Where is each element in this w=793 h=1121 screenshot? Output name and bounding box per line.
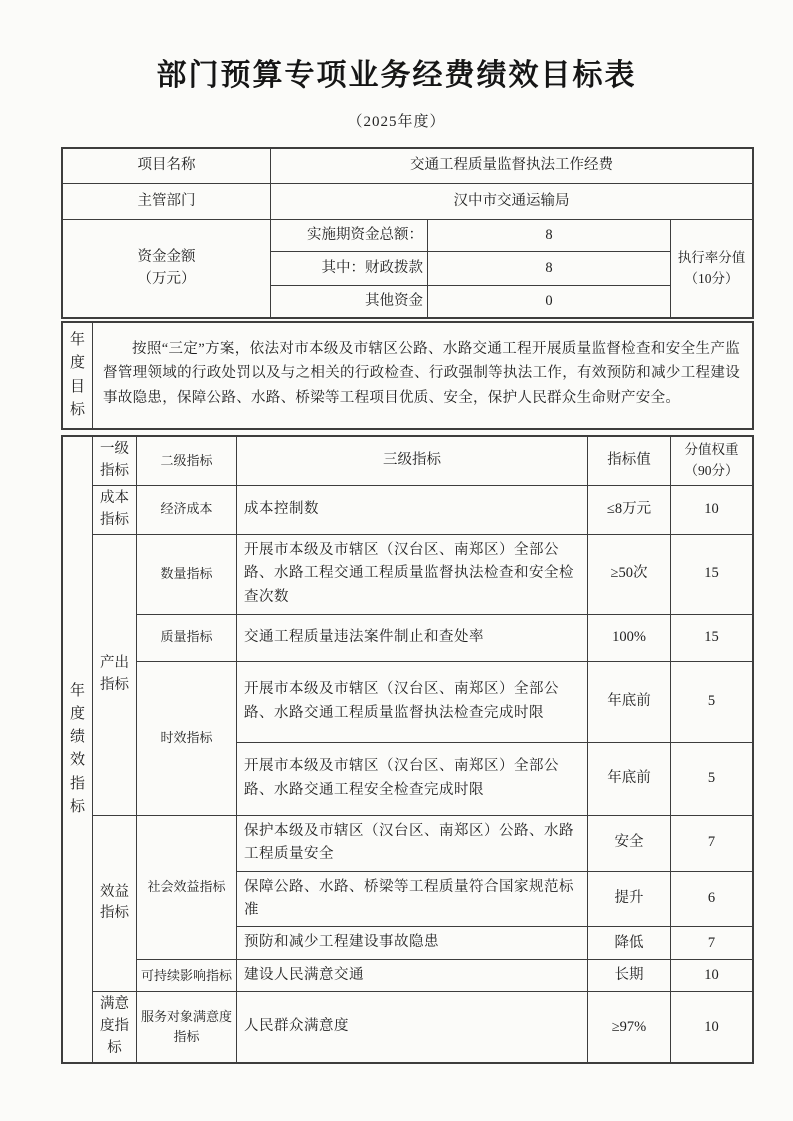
document-page: 部门预算专项业务经费绩效目标表 （2025年度） 项目名称 交通工程质量监督执法… [0,0,793,1121]
level1-output: 产出指标 [93,534,137,815]
indicators-table: 年度绩效指标 一级指标 二级指标 三级指标 指标值 分值权重（90分） 成本指标… [62,436,753,1063]
table-row: 成本指标 经济成本 成本控制数 ≤8万元 10 [63,485,753,534]
level3-indicator: 交通工程质量违法案件制止和查处率 [237,614,588,661]
indicator-value: 提升 [588,871,671,927]
level3-indicator: 成本控制数 [237,485,588,534]
level1-satisfaction: 满意度指标 [93,992,137,1062]
indicator-value: 安全 [588,815,671,871]
indicator-weight: 7 [671,927,753,959]
indicator-weight: 15 [671,534,753,614]
indicator-value: 年底前 [588,742,671,815]
level3-indicator: 保护本级及市辖区（汉台区、南郑区）公路、水路工程质量安全 [237,815,588,871]
level3-indicator: 人民群众满意度 [237,992,588,1062]
indicator-value: 100% [588,614,671,661]
indicator-value: 降低 [588,927,671,959]
level1-benefit: 效益指标 [93,815,137,992]
header-level2: 二级指标 [137,437,237,486]
indicator-value: 长期 [588,959,671,991]
document-title: 部门预算专项业务经费绩效目标表 [0,50,793,94]
indicator-weight: 10 [671,992,753,1062]
table-row: 质量指标 交通工程质量违法案件制止和查处率 100% 15 [63,614,753,661]
level3-indicator: 开展市本级及市辖区（汉台区、南郑区）全部公路、水路工程交通工程质量监督执法检查和… [237,534,588,614]
project-info-table: 项目名称 交通工程质量监督执法工作经费 主管部门 汉中市交通运输局 资金金额 （… [62,148,753,318]
level3-indicator: 开展市本级及市辖区（汉台区、南郑区）全部公路、水路交通工程质量监督执法检查完成时… [237,661,588,742]
fund-other-value: 0 [428,286,671,318]
project-name-label: 项目名称 [63,149,271,184]
level2-timeliness: 时效指标 [137,661,237,815]
level3-indicator: 保障公路、水路、桥梁等工程质量符合国家规范标准 [237,871,588,927]
level1-cost: 成本指标 [93,485,137,534]
project-name-value: 交通工程质量监督执法工作经费 [271,149,753,184]
indicators-side-label: 年度绩效指标 [63,437,93,1063]
indicator-weight: 10 [671,959,753,991]
indicator-value: ≤8万元 [588,485,671,534]
annual-goal-side-label: 年度目标 [63,323,93,429]
level2-service-satisfaction: 服务对象满意度指标 [137,992,237,1062]
execution-rate-label: 执行率分值（10分） [671,220,753,318]
table-row: 可持续影响指标 建设人民满意交通 长期 10 [63,959,753,991]
table-row: 资金金额 （万元） 实施期资金总额： 8 执行率分值（10分） [63,220,753,252]
fund-total-value: 8 [428,220,671,252]
indicator-weight: 5 [671,742,753,815]
fund-other-label: 其他资金 [271,286,428,318]
header-level1: 一级指标 [93,437,137,486]
table-row: 满意度指标 服务对象满意度指标 人民群众满意度 ≥97% 10 [63,992,753,1062]
department-label: 主管部门 [63,184,271,220]
annual-goal-text: 按照“三定”方案，依法对市本级及市辖区公路、水路交通工程开展质量监督检查和安全生… [93,323,753,429]
indicator-value: 年底前 [588,661,671,742]
indicator-weight: 7 [671,815,753,871]
fund-amount-label: 资金金额 （万元） [63,220,271,318]
table-row: 年度目标 按照“三定”方案，依法对市本级及市辖区公路、水路交通工程开展质量监督检… [63,323,753,429]
header-weight: 分值权重（90分） [671,437,753,486]
level2-sustainable: 可持续影响指标 [137,959,237,991]
annual-goal-table: 年度目标 按照“三定”方案，依法对市本级及市辖区公路、水路交通工程开展质量监督检… [62,322,753,429]
level2-social-benefit: 社会效益指标 [137,815,237,959]
table-row: 项目名称 交通工程质量监督执法工作经费 [63,149,753,184]
table-row: 主管部门 汉中市交通运输局 [63,184,753,220]
fund-fiscal-label: 其中：财政拨款 [271,252,428,286]
header-value: 指标值 [588,437,671,486]
indicator-value: ≥97% [588,992,671,1062]
indicator-weight: 15 [671,614,753,661]
indicator-weight: 6 [671,871,753,927]
department-value: 汉中市交通运输局 [271,184,753,220]
fund-fiscal-value: 8 [428,252,671,286]
level3-indicator: 预防和减少工程建设事故隐患 [237,927,588,959]
level3-indicator: 建设人民满意交通 [237,959,588,991]
table-row: 效益指标 社会效益指标 保护本级及市辖区（汉台区、南郑区）公路、水路工程质量安全… [63,815,753,871]
level3-indicator: 开展市本级及市辖区（汉台区、南郑区）全部公路、水路交通工程安全检查完成时限 [237,742,588,815]
table-row: 产出指标 数量指标 开展市本级及市辖区（汉台区、南郑区）全部公路、水路工程交通工… [63,534,753,614]
document-subtitle: （2025年度） [0,110,793,131]
indicator-weight: 5 [671,661,753,742]
table-row: 时效指标 开展市本级及市辖区（汉台区、南郑区）全部公路、水路交通工程质量监督执法… [63,661,753,742]
level2-economic-cost: 经济成本 [137,485,237,534]
indicators-header-row: 年度绩效指标 一级指标 二级指标 三级指标 指标值 分值权重（90分） [63,437,753,486]
level2-quality: 质量指标 [137,614,237,661]
header-level3: 三级指标 [237,437,588,486]
level2-quantity: 数量指标 [137,534,237,614]
indicator-value: ≥50次 [588,534,671,614]
fund-total-label: 实施期资金总额： [271,220,428,252]
indicator-weight: 10 [671,485,753,534]
